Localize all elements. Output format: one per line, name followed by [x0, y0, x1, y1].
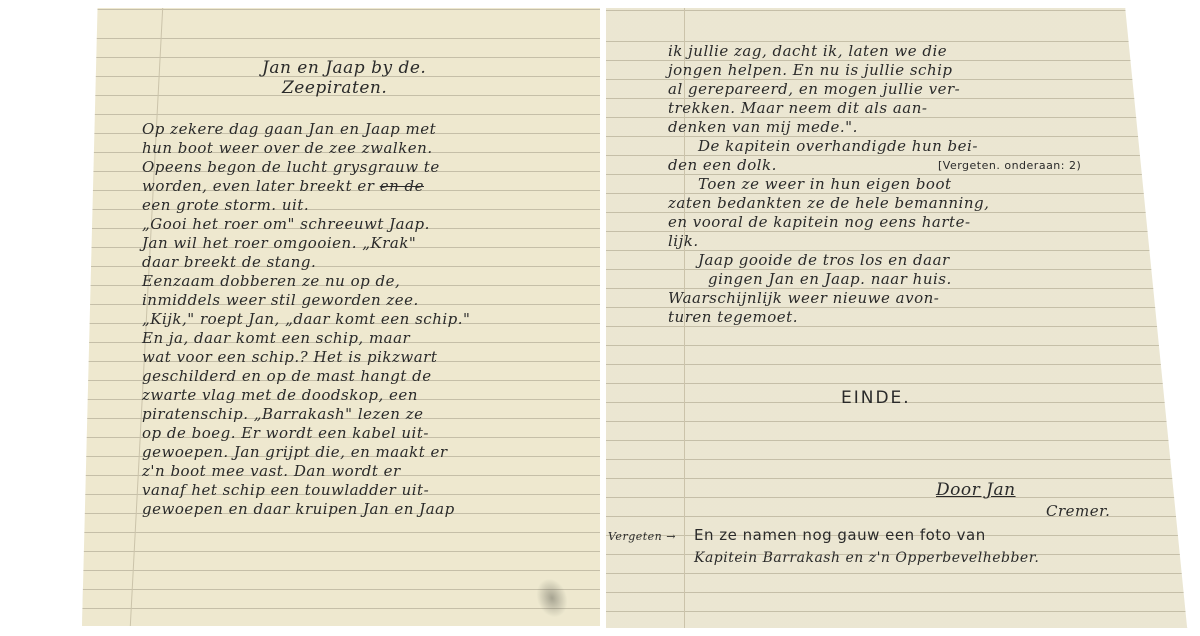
text-line: ik jullie zag, dacht ik, laten we die [668, 42, 989, 61]
text-line: gewoepen en daar kruipen Jan en Jaap [142, 500, 470, 519]
text-line-content: den een dolk. [668, 156, 777, 174]
story-title-line2: Zeepiraten. [282, 78, 387, 98]
text-line: De kapitein overhandigde hun bei- [668, 137, 989, 156]
text-line: lijk. [668, 232, 989, 251]
text-line: Toen ze weer in hun eigen boot [668, 175, 989, 194]
text-line-content: worden, even later breekt er [142, 177, 374, 195]
signature-line1: Door Jan [936, 480, 1016, 500]
text-line: vanaf het schip een touwladder uit- [142, 481, 470, 500]
text-line: piratenschip. „Barrakash" lezen ze [142, 405, 470, 424]
text-line: hun boot weer over de zee zwalken. [142, 139, 470, 158]
text-line: gewoepen. Jan grijpt die, en maakt er [142, 443, 470, 462]
text-line: zwarte vlag met de doodskop, een [142, 386, 470, 405]
text-line: z'n boot mee vast. Dan wordt er [142, 462, 470, 481]
left-page: Jan en Jaap by de. Zeepiraten. Op zekere… [82, 8, 600, 626]
text-line: „Kijk," roept Jan, „daar komt een schip.… [142, 310, 470, 329]
postscript-line: En ze namen nog gauw een foto van [694, 526, 986, 544]
text-line: een grote storm. uit. [142, 196, 470, 215]
text-line: inmiddels weer stil geworden zee. [142, 291, 470, 310]
left-page-body: Op zekere dag gaan Jan en Jaap met hun b… [142, 120, 470, 519]
signature-line2: Cremer. [1046, 502, 1110, 520]
text-line: den een dolk.[Vergeten. onderaan: 2) [668, 156, 989, 175]
text-line: daar breekt de stang. [142, 253, 470, 272]
text-line: Eenzaam dobberen ze nu op de, [142, 272, 470, 291]
text-line: al gerepareerd, en mogen jullie ver- [668, 80, 989, 99]
text-line: jongen helpen. En nu is jullie schip [668, 61, 989, 80]
text-line: „Gooi het roer om" schreeuwt Jaap. [142, 215, 470, 234]
text-line: Waarschijnlijk weer nieuwe avon- [668, 289, 989, 308]
text-line: wat voor een schip.? Het is pikzwart [142, 348, 470, 367]
text-line: op de boeg. Er wordt een kabel uit- [142, 424, 470, 443]
text-line: En ja, daar komt een schip, maar [142, 329, 470, 348]
text-line: Opeens begon de lucht grysgrauw te [142, 158, 470, 177]
margin-note: [Vergeten. onderaan: 2) [938, 156, 1081, 175]
ending-text: EINDE. [841, 388, 911, 408]
text-line: gingen Jan en Jaap. naar huis. [668, 270, 989, 289]
text-line: worden, even later breekt er en de [142, 177, 470, 196]
text-line: geschilderd en op de mast hangt de [142, 367, 470, 386]
text-line: Jaap gooide de tros los en daar [668, 251, 989, 270]
ink-smudge [531, 574, 573, 622]
postscript-line: Kapitein Barrakash en z'n Opperbevelhebb… [694, 550, 1039, 566]
text-line: turen tegemoet. [668, 308, 989, 327]
struck-text: en de [380, 177, 424, 195]
postscript-label: Vergeten → [608, 530, 676, 543]
story-title-line1: Jan en Jaap by de. [262, 58, 426, 78]
text-line: trekken. Maar neem dit als aan- [668, 99, 989, 118]
text-line: Op zekere dag gaan Jan en Jaap met [142, 120, 470, 139]
text-line: en vooral de kapitein nog eens harte- [668, 213, 989, 232]
text-line: Jan wil het roer omgooien. „Krak" [142, 234, 470, 253]
right-page: ik jullie zag, dacht ik, laten we die jo… [606, 8, 1196, 628]
text-line: denken van mij mede.". [668, 118, 989, 137]
right-page-body: ik jullie zag, dacht ik, laten we die jo… [668, 42, 989, 327]
text-line: zaten bedankten ze de hele bemanning, [668, 194, 989, 213]
